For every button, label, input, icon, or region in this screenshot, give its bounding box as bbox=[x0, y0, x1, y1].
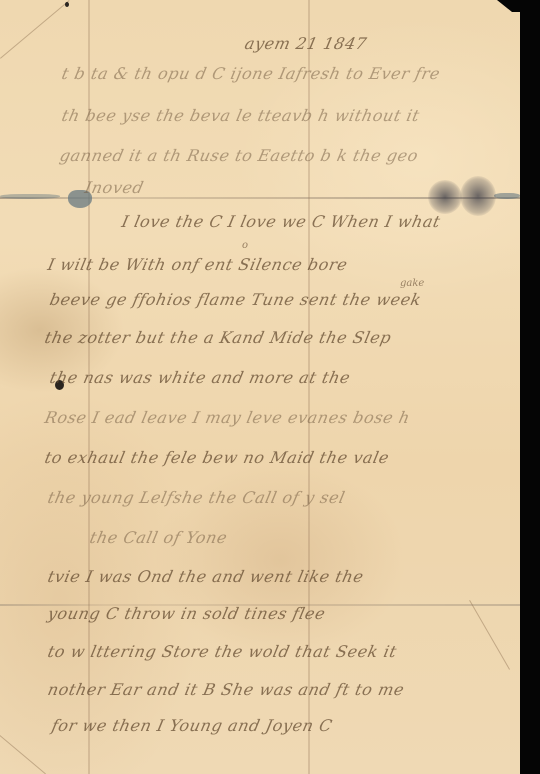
smudge-right-1 bbox=[428, 180, 462, 214]
letter-line-2: th bee yse the beva le tteavb h without … bbox=[60, 106, 422, 125]
diagonal-crease-right bbox=[469, 600, 510, 670]
superscript-2: gake bbox=[400, 278, 424, 289]
letter-line-17: nother Ear and it B She was and ft to me bbox=[46, 680, 406, 699]
letter-line-7: beeve ge ffohios flame Tune sent the wee… bbox=[48, 290, 423, 309]
letter-line-1: t b ta & th opu d C ijone Iafresh to Eve… bbox=[60, 64, 442, 83]
letter-line-13: the Call of Yone bbox=[88, 528, 229, 547]
letter-line-3: ganned it a th Ruse to Eaetto b k the ge… bbox=[58, 146, 420, 165]
diagonal-crease-top-left bbox=[0, 0, 70, 59]
letter-line-6: I wilt be With onf ent Silence bore bbox=[46, 255, 350, 274]
letter-line-5: I love the C I love we C When I what bbox=[120, 212, 442, 231]
letter-line-14: tvie I was Ond the and went like the bbox=[46, 567, 366, 586]
letter-line-10: Rose I ead leave I may leve evanes bose … bbox=[43, 408, 412, 427]
letter-line-15: young C throw in sold tines flee bbox=[46, 604, 327, 623]
diagonal-crease-bottom-left bbox=[0, 735, 46, 774]
ink-stain-edge-right bbox=[494, 193, 520, 199]
letter-line-9: the nas was white and more at the bbox=[48, 368, 352, 387]
letter-line-11: to exhaul the fele bew no Maid the vale bbox=[43, 448, 391, 467]
ink-dot-top bbox=[65, 2, 69, 7]
smudge-right-2 bbox=[460, 176, 496, 216]
letter-line-4: Inoved bbox=[83, 178, 146, 197]
letter-line-8: the zotter but the a Kand Mide the Slep bbox=[43, 328, 393, 347]
letter-line-12: the young Lelfshe the Call of y sel bbox=[46, 488, 347, 507]
ink-stain-edge-left bbox=[0, 194, 60, 199]
letter-line-18: for we then I Young and Joyen C bbox=[50, 716, 334, 735]
letter-line-16: to w lttering Store the wold that Seek i… bbox=[46, 642, 399, 661]
superscript-1: o bbox=[242, 240, 248, 251]
letter-page: ayem 21 1847 t b ta & th opu d C ijone I… bbox=[0, 0, 520, 774]
date-line: ayem 21 1847 bbox=[243, 34, 369, 53]
